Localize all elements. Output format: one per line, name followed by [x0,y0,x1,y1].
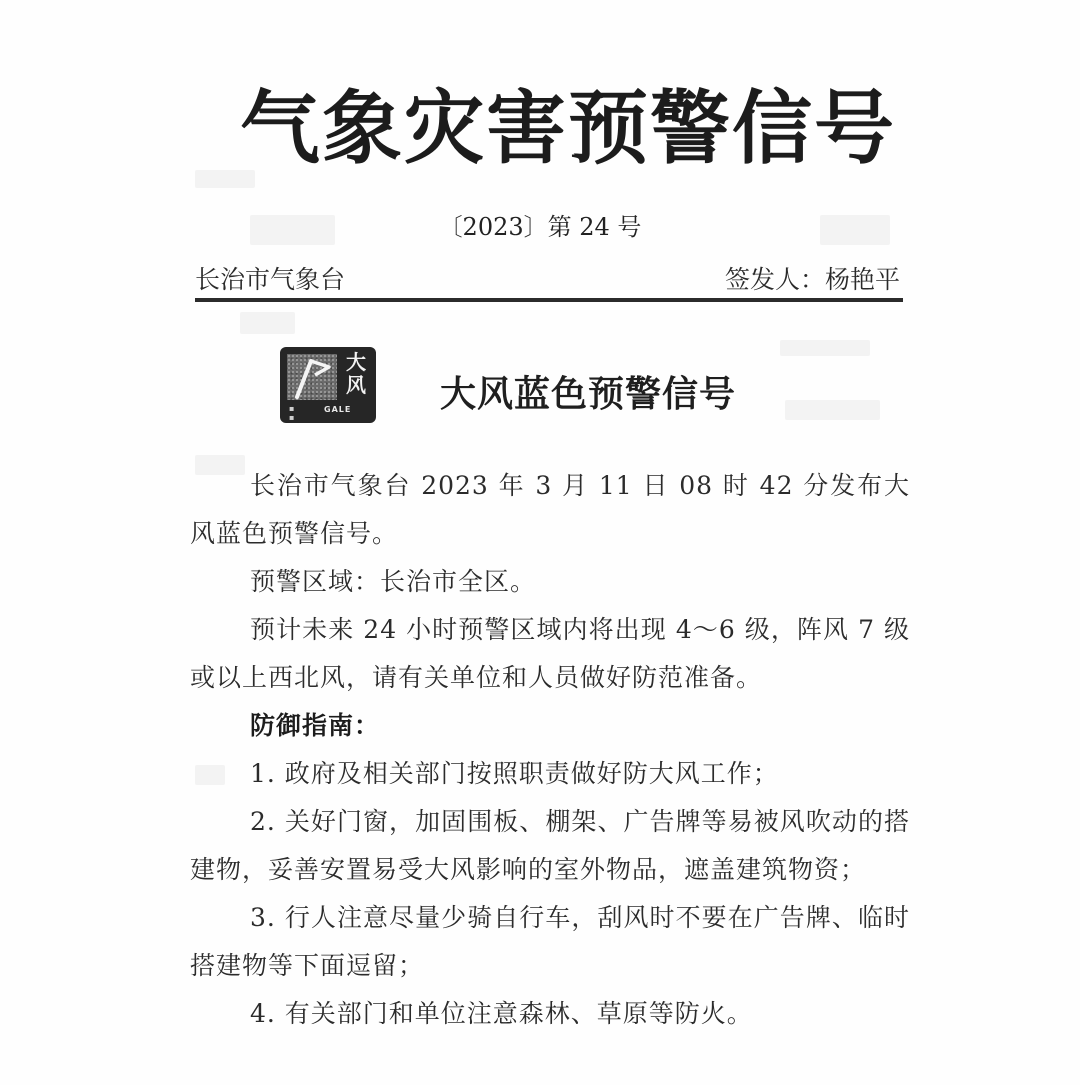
scan-artifact [240,312,295,334]
signer-label: 签发人： [725,265,825,294]
scan-artifact [785,400,880,420]
defense-guide-heading: 防御指南： [190,702,910,750]
guide-item: 1. 政府及相关部门按照职责做好防大风工作； [190,750,910,798]
signer-name: 杨艳平 [825,265,900,294]
icon-small-mark: ▪▪ [289,404,294,422]
scanned-document-page: 气象灾害预警信号 〔2023〕第 24 号 长治市气象台 签发人：杨艳平 大风 … [0,0,1080,1085]
gale-warning-signal-icon: 大风 ▪▪ GALE [280,347,376,423]
signal-title: 大风蓝色预警信号 [440,370,736,418]
release-paragraph: 长治市气象台 2023 年 3 月 11 日 08 时 42 分发布大风蓝色预警… [190,462,910,558]
header-divider [195,298,903,302]
icon-cn-label: 大风 [343,351,369,397]
document-number: 〔2023〕第 24 号 [0,210,1080,244]
guide-item: 4. 有关部门和单位注意森林、草原等防火。 [190,990,910,1038]
signer: 签发人：杨艳平 [725,262,900,298]
wind-flag-icon [289,355,335,399]
icon-en-label: GALE [324,405,351,414]
defense-guide-list: 1. 政府及相关部门按照职责做好防大风工作； 2. 关好门窗，加固围板、棚架、广… [190,750,910,1038]
guide-item: 2. 关好门窗，加固围板、棚架、广告牌等易被风吹动的搭建物，妥善安置易受大风影响… [190,798,910,894]
issuing-agency: 长治市气象台 [195,262,345,298]
document-header-row: 长治市气象台 签发人：杨艳平 [195,262,900,302]
forecast-paragraph: 预计未来 24 小时预警区域内将出现 4～6 级，阵风 7 级或以上西北风，请有… [190,606,910,702]
guide-item: 3. 行人注意尽量少骑自行车，刮风时不要在广告牌、临时搭建物等下面逗留； [190,894,910,990]
warning-area-paragraph: 预警区域：长治市全区。 [190,558,910,606]
scan-artifact [780,340,870,356]
document-body: 长治市气象台 2023 年 3 月 11 日 08 时 42 分发布大风蓝色预警… [190,462,910,1038]
document-main-title: 气象灾害预警信号 [240,78,880,178]
